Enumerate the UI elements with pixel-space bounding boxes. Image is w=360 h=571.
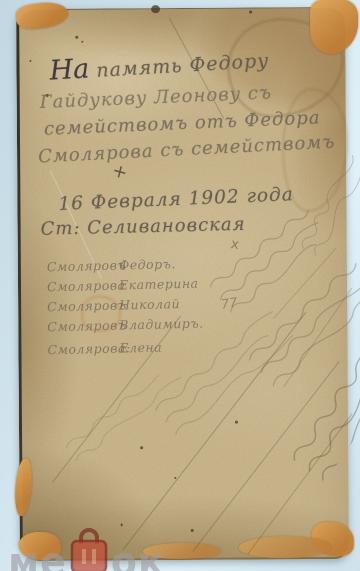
speck [151, 5, 160, 13]
dedication-line-2: Гайдукову Леонову съ [39, 82, 272, 113]
dedication-line-1-text: память Федору [89, 50, 270, 83]
given-name: Владимиръ. [119, 315, 204, 332]
surname: Смолярова: [47, 341, 119, 358]
photo-scan-page: { "card": { "dedication": { "line1_initi… [0, 0, 360, 571]
x-mark: х [229, 236, 240, 253]
watermark-text-right: ок [111, 545, 165, 571]
surname: Смоляровъ [47, 318, 119, 335]
given-name: Николай [119, 296, 180, 312]
torn-corner-top-right [310, 0, 358, 54]
speck [140, 446, 143, 449]
postcard-back: На память Федору Гайдукову Леонову съ се… [16, 7, 349, 561]
speck [81, 41, 83, 43]
watermark-text-left: ме [8, 545, 67, 571]
surname: Смоляровъ [47, 258, 119, 275]
torn-edge-left [13, 458, 34, 517]
given-name: Елена [119, 340, 162, 356]
name-row: СмоляровъВладимиръ. [47, 315, 204, 334]
name-row: СмоляровъФедоръ. [47, 255, 204, 274]
speck [191, 529, 194, 532]
speck [29, 60, 31, 62]
given-name: Екатерина [119, 276, 199, 293]
faint-number: 77 [220, 296, 239, 313]
dedication-initial: На [49, 53, 90, 86]
auction-site-watermark: ме ок [8, 526, 165, 571]
torn-corner-top-left [15, 0, 70, 31]
speck [249, 11, 252, 14]
place-line: Ст: Селивановская [40, 214, 245, 240]
name-row: СмоляровъНиколай [47, 295, 204, 314]
family-names-list: СмоляровъФедоръ. СмоляроваЕкатерина Смол… [47, 257, 204, 361]
speck [75, 36, 78, 39]
shopping-bag-icon [69, 526, 109, 571]
given-name: Федоръ. [119, 256, 176, 272]
speck [235, 421, 238, 424]
surname: Смолярова [47, 278, 119, 295]
date-line: 16 Февраля 1902 года [58, 184, 294, 215]
surname: Смоляровъ [47, 298, 119, 315]
name-row: СмоляроваЕкатерина [47, 275, 204, 294]
name-row: Смолярова:Елена [47, 338, 204, 357]
dedication-line-1: На память Федору [49, 43, 270, 87]
